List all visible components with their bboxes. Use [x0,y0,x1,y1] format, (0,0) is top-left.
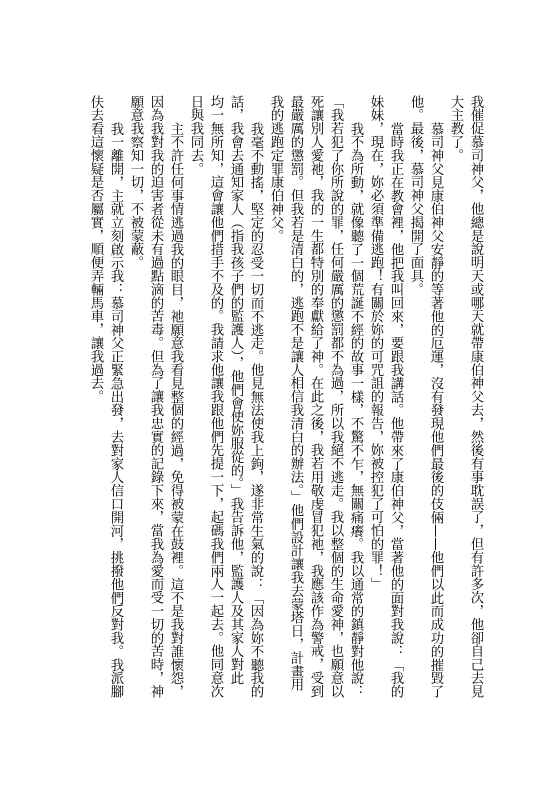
text-line: 因為我對我的迫害者從未有過點滴的苦毒。但為了讓我忠實的記錄下來，當我為愛而受一切… [145,95,165,699]
text-line: 我毫不動搖，堅定的忍受一切而不逃走。他見無法使我上鉤，遂非常生氣的說：「因為妳不… [245,95,265,699]
text-line: 「我若犯了你所說的罪，任何嚴厲的懲罰都不為過，所以我絕不逃走。我以整個的生命愛神… [325,95,345,699]
paragraph-6: 主不許任何事情逃過我的眼目，祂願意我看見整個的經過，免得被蒙在鼓裡。這不是我對誰… [125,95,185,699]
text-line: 死讓別人愛祂，我的一生都特別的奉獻給了神。在此之後，我若用敬虔冒犯祂，我應該作為… [305,95,325,699]
text-line: 願意我察知一切，不被蒙蔽。 [125,95,145,699]
text-body: 我催促慕司神父，他總是說明天或哪天就帶康伯神父去，然後有事耽誤了，但有許多次，他… [85,95,485,699]
text-line: 主不許任何事情逃過我的眼目，祂願意我看見整個的經過，免得被蒙在鼓裡。這不是我對誰… [165,95,185,699]
text-line: 慕司神父見康伯神父安靜的等著他的厄運，沒有發現他們最後的伎倆——他們以此而成功的… [425,95,445,699]
text-line: 話，我會去通知家人（指我孩子們的監護人），他們會使妳服從的。」我告訴他，監護人及… [225,95,245,699]
text-line: 當時我正在教會裡，他把我叫回來，要跟我講話。他帶來了康伯神父，當著他的面對我說：… [385,95,405,699]
paragraph-5: 我毫不動搖，堅定的忍受一切而不逃走。他見無法使我上鉤，遂非常生氣的說：「因為妳不… [185,95,265,699]
paragraph-2: 慕司神父見康伯神父安靜的等著他的厄運，沒有發現他們最後的伎倆——他們以此而成功的… [405,95,445,699]
text-line: 他。最後，慕司神父揭開了面具。 [405,95,425,699]
text-line: 我不為所動，就像聽了一個荒誕不經的故事一樣，不驚不乍，無關痛癢。我以通常的鎮靜對… [345,95,365,699]
text-line: 日與我同去。 [185,95,205,699]
text-line: 我一離開，主就立刻啟示我：慕司神父正緊急出發，去對家人信口開河，挑撥他們反對我。… [105,95,125,699]
text-line: 我的逃跑定罪康伯神父。 [265,95,285,699]
text-line: 大主教了。 [445,95,465,699]
paragraph-3: 當時我正在教會裡，他把我叫回來，要跟我講話。他帶來了康伯神父，當著他的面對我說：… [365,95,405,699]
paragraph-7: 我一離開，主就立刻啟示我：慕司神父正緊急出發，去對家人信口開河，挑撥他們反對我。… [85,95,125,699]
text-line: 最嚴厲的懲罰。但我若是清白的，逃跑不是讓人相信我清白的辦法。」他們設計讓我去蒙塔… [285,95,305,699]
text-line: 妹妹，現在，妳必須準備逃跑！有關於妳的可咒詛的報告，妳被控犯了可怕的罪！」 [365,95,385,699]
paragraph-4: 我不為所動，就像聽了一個荒誕不經的故事一樣，不驚不乍，無關痛癢。我以通常的鎮靜對… [265,95,365,699]
text-line: 均一無所知，這會讓他們措手不及的。我請求他讓我跟他們先提一下，起碼我們兩人一起去… [205,95,225,699]
text-line: 我催促慕司神父，他總是說明天或哪天就帶康伯神父去，然後有事耽誤了，但有許多次，他… [465,95,485,699]
paragraph-1: 我催促慕司神父，他總是說明天或哪天就帶康伯神父去，然後有事耽誤了，但有許多次，他… [445,95,485,699]
text-line: 伕去看這懷疑是否屬實，順便弄輛馬車，讓我過去。 [85,95,105,699]
document-page: 我催促慕司神父，他總是說明天或哪天就帶康伯神父去，然後有事耽誤了，但有許多次，他… [0,0,559,794]
